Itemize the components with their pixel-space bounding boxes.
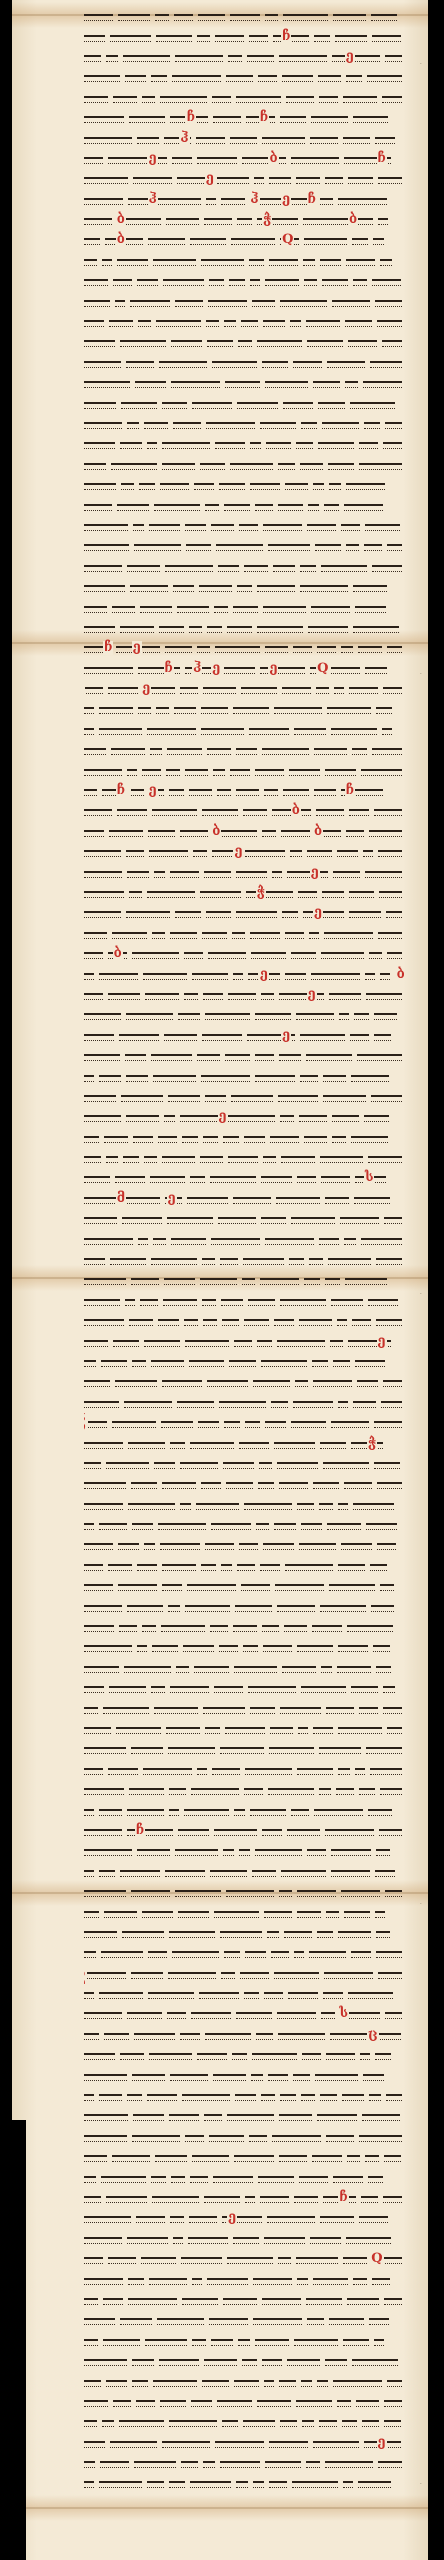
script-word <box>168 1095 200 1102</box>
script-word <box>84 2196 101 2203</box>
script-word <box>84 1911 99 1918</box>
script-word <box>84 35 105 42</box>
script-word <box>201 707 228 714</box>
script-word <box>341 1890 380 1897</box>
manuscript-line <box>84 1902 404 1922</box>
script-word <box>147 442 157 449</box>
script-word <box>144 422 168 429</box>
script-word <box>285 1564 333 1571</box>
script-word <box>359 2135 402 2142</box>
script-word <box>374 809 402 816</box>
manuscript-line <box>84 1291 404 1311</box>
script-word <box>374 1421 402 1428</box>
script-word <box>376 1951 402 1958</box>
script-word <box>84 2155 107 2162</box>
manuscript-line <box>84 2351 404 2371</box>
script-word <box>280 1299 326 1306</box>
script-word <box>137 137 159 144</box>
script-word <box>297 1911 321 1918</box>
script-word <box>147 2481 164 2488</box>
manuscript-line: ჩე <box>84 638 404 658</box>
script-word <box>224 504 250 511</box>
script-word <box>332 1136 346 1143</box>
script-word <box>279 1054 301 1061</box>
red-rubric-initial: ჰ <box>249 193 259 207</box>
script-word <box>382 96 402 103</box>
script-word <box>132 1360 146 1367</box>
red-rubric-initial: ბ <box>268 152 278 166</box>
script-word <box>175 300 203 307</box>
red-rubric-initial: ჰ <box>192 662 202 676</box>
script-word <box>228 55 242 62</box>
script-word <box>126 850 144 857</box>
script-word <box>375 1870 395 1877</box>
script-word <box>161 1625 205 1632</box>
script-word <box>262 748 309 755</box>
script-word <box>297 1890 336 1897</box>
script-word <box>255 1075 295 1082</box>
script-word <box>244 1992 259 1999</box>
script-word <box>180 1462 218 1469</box>
script-word <box>273 565 295 572</box>
manuscript-line <box>84 740 404 760</box>
script-word <box>375 137 395 144</box>
script-word <box>136 2400 155 2407</box>
script-word <box>137 1849 170 1856</box>
script-word <box>134 2461 176 2468</box>
script-word <box>301 2380 312 2387</box>
script-word <box>376 1666 391 1673</box>
script-word <box>84 340 115 347</box>
script-word <box>84 1217 117 1224</box>
manuscript-line <box>84 2473 404 2493</box>
script-word <box>280 1707 321 1714</box>
script-word <box>245 1768 292 1775</box>
script-word <box>84 218 112 225</box>
margin-mark: · <box>420 2480 422 2488</box>
script-word <box>375 1911 385 1918</box>
script-word <box>184 993 198 1000</box>
script-word <box>170 116 185 123</box>
script-word <box>269 177 291 184</box>
manuscript-line: ბჭბ <box>84 210 404 230</box>
script-word <box>245 1421 260 1428</box>
manuscript-line <box>84 434 404 454</box>
script-word <box>217 177 249 184</box>
script-word <box>292 2481 338 2488</box>
script-word <box>260 2196 289 2203</box>
script-word <box>311 973 360 980</box>
script-word <box>217 2400 252 2407</box>
script-word <box>301 1686 346 1693</box>
script-word <box>103 1707 149 1714</box>
script-word <box>291 1421 326 1428</box>
script-word <box>101 2176 146 2183</box>
script-word <box>84 830 104 837</box>
script-word <box>178 1013 200 1020</box>
script-word <box>317 2380 328 2387</box>
script-word <box>358 646 382 653</box>
script-word <box>84 1360 96 1367</box>
manuscript-line <box>84 1372 404 1392</box>
script-word <box>211 2339 233 2346</box>
script-word <box>306 2298 342 2305</box>
script-word <box>239 524 258 531</box>
script-word <box>352 1319 371 1326</box>
script-word <box>377 320 402 327</box>
script-word <box>329 483 341 490</box>
script-word <box>365 667 387 674</box>
script-word <box>170 2216 184 2223</box>
script-word <box>362 2420 379 2427</box>
manuscript-line: ჭ <box>84 1433 404 1453</box>
script-word <box>227 2114 274 2121</box>
script-word <box>205 1727 220 1734</box>
script-word <box>205 504 219 511</box>
script-word <box>84 402 116 409</box>
script-word <box>223 1136 239 1143</box>
script-word <box>99 707 133 714</box>
manuscript-line <box>84 760 404 780</box>
script-word <box>351 1136 388 1143</box>
script-word <box>252 300 275 307</box>
script-word <box>368 1299 398 1306</box>
script-word <box>185 769 208 776</box>
script-word <box>144 1543 155 1550</box>
script-word <box>106 55 118 62</box>
manuscript-line: ც <box>84 1964 404 1984</box>
script-word <box>180 1115 221 1122</box>
script-word <box>243 809 267 816</box>
script-word <box>84 952 103 959</box>
script-word <box>343 137 370 144</box>
script-word <box>175 55 223 62</box>
script-word <box>277 1340 325 1347</box>
red-rubric-initial: ჰ <box>84 682 85 696</box>
script-word <box>361 1238 402 1245</box>
red-rubric-initial: ე <box>141 682 151 696</box>
manuscript-line: ჩ <box>84 2188 404 2208</box>
script-word <box>215 35 244 42</box>
script-word <box>244 1319 269 1326</box>
script-word <box>170 1686 209 1693</box>
script-word <box>338 1931 371 1938</box>
script-word <box>84 2441 105 2448</box>
script-word <box>290 850 302 857</box>
script-word <box>163 279 204 286</box>
script-word <box>147 891 195 898</box>
script-word <box>162 402 187 409</box>
script-word <box>155 2155 187 2162</box>
script-word <box>343 2257 367 2264</box>
script-word <box>160 483 189 490</box>
script-word <box>189 1360 224 1367</box>
script-word <box>160 1543 200 1550</box>
script-word <box>160 2400 186 2407</box>
red-rubric-initial: ბ <box>113 947 123 961</box>
script-word <box>371 14 397 21</box>
red-rubric-initial: ბ <box>211 825 221 839</box>
script-word <box>341 524 360 531</box>
script-word <box>133 524 144 531</box>
script-word <box>248 973 258 980</box>
script-word <box>205 1095 226 1102</box>
manuscript-line: ჩჰეეQ <box>84 659 404 679</box>
script-word <box>302 2053 321 2060</box>
script-word <box>211 1523 251 1530</box>
script-word <box>372 279 401 286</box>
script-word <box>364 544 382 551</box>
script-word <box>317 646 336 653</box>
script-word <box>380 973 390 980</box>
script-word <box>310 137 338 144</box>
script-word <box>143 973 187 980</box>
script-word <box>369 830 402 837</box>
script-word <box>214 606 228 613</box>
script-word <box>281 830 310 837</box>
script-word <box>167 2012 186 2019</box>
script-word <box>200 1156 223 1163</box>
script-word <box>331 1421 369 1428</box>
manuscript-line <box>84 1250 404 1270</box>
script-word <box>162 1156 195 1163</box>
manuscript-line: მე <box>84 1189 404 1209</box>
manuscript-line <box>84 1882 404 1902</box>
script-word <box>222 1319 239 1326</box>
script-word <box>84 2400 108 2407</box>
manuscript-line <box>84 924 404 944</box>
script-word <box>84 2380 101 2387</box>
script-word <box>233 1197 271 1204</box>
manuscript-line <box>84 1617 404 1637</box>
script-word <box>172 157 192 164</box>
manuscript-line: ბ <box>84 801 404 821</box>
manuscript-line <box>84 1148 404 1168</box>
script-word <box>338 1503 348 1510</box>
script-word <box>319 1238 339 1245</box>
script-word <box>182 2094 230 2101</box>
script-word <box>203 993 223 1000</box>
script-word <box>263 1543 294 1550</box>
script-word <box>345 1278 387 1285</box>
script-word <box>293 646 312 653</box>
script-word <box>206 911 231 918</box>
script-word <box>368 2176 383 2183</box>
script-word <box>372 565 402 572</box>
script-word <box>220 2461 260 2468</box>
script-word <box>233 973 243 980</box>
script-word <box>337 1666 371 1673</box>
script-word <box>253 2278 292 2285</box>
script-word <box>294 2339 338 2346</box>
script-word <box>84 585 125 592</box>
script-word <box>269 1747 314 1754</box>
script-word <box>181 2257 222 2264</box>
script-word <box>84 2278 123 2285</box>
script-word <box>131 1747 163 1754</box>
script-word <box>264 789 278 796</box>
script-word <box>234 1340 252 1347</box>
script-word <box>314 748 347 755</box>
manuscript-line <box>84 2310 404 2330</box>
script-word <box>126 911 170 918</box>
script-word <box>203 2461 215 2468</box>
script-word <box>229 279 245 286</box>
script-word <box>309 1258 323 1265</box>
script-word <box>84 2094 94 2101</box>
script-word <box>177 606 209 613</box>
script-word <box>341 1543 372 1550</box>
script-word <box>286 96 314 103</box>
script-word <box>304 1136 327 1143</box>
red-rubric-initial: ე <box>259 968 269 982</box>
script-word <box>270 1727 293 1734</box>
script-word <box>197 35 210 42</box>
manuscript-line <box>84 251 404 271</box>
script-word <box>150 748 162 755</box>
script-word <box>316 687 329 694</box>
script-word <box>235 2094 256 2101</box>
red-rubric-initial: ჭ <box>367 1437 377 1451</box>
manuscript-line: ე <box>84 1107 404 1127</box>
red-rubric-initial: მ <box>116 1192 126 1206</box>
script-word <box>370 361 402 368</box>
script-word <box>218 565 239 572</box>
script-word <box>84 2114 128 2121</box>
script-word <box>264 2380 274 2387</box>
script-word <box>382 728 392 735</box>
script-word <box>343 2481 353 2488</box>
script-word <box>299 1543 336 1550</box>
script-word <box>184 952 203 959</box>
script-word <box>215 442 245 449</box>
script-word <box>325 2461 373 2468</box>
script-word <box>236 2012 272 2019</box>
script-word <box>220 1931 262 1938</box>
script-word <box>300 565 316 572</box>
script-word <box>202 809 238 816</box>
manuscript-line: ჰ <box>84 1413 404 1433</box>
script-word <box>152 932 165 939</box>
script-word <box>346 2237 391 2244</box>
script-word <box>203 1319 217 1326</box>
script-word <box>84 606 107 613</box>
script-word <box>165 646 192 653</box>
script-word <box>209 2318 248 2325</box>
script-word <box>301 422 317 429</box>
script-word <box>361 2196 378 2203</box>
script-word <box>355 606 386 613</box>
script-word <box>155 14 169 21</box>
script-word <box>136 2216 165 2223</box>
script-word <box>171 340 202 347</box>
script-word <box>242 157 286 164</box>
red-rubric-initial: ე <box>148 784 158 798</box>
script-word <box>378 2461 402 2468</box>
script-word <box>369 952 382 959</box>
script-word <box>126 1013 173 1020</box>
script-word <box>212 361 257 368</box>
script-word <box>385 422 402 429</box>
script-word <box>340 1217 379 1224</box>
script-word <box>129 891 142 898</box>
script-word <box>173 585 194 592</box>
red-rubric-initial: ე <box>313 906 323 920</box>
script-word <box>191 1788 239 1795</box>
script-word <box>317 1931 333 1938</box>
script-word <box>332 300 370 307</box>
script-word <box>257 585 295 592</box>
red-rubric-initial: ე <box>268 662 278 676</box>
script-word <box>84 1442 123 1449</box>
script-word <box>110 1258 146 1265</box>
script-word <box>108 2257 136 2264</box>
script-word <box>228 1156 258 1163</box>
script-word <box>187 1584 236 1591</box>
script-word <box>121 402 157 409</box>
script-word <box>192 2339 206 2346</box>
script-word <box>369 2318 389 2325</box>
script-word <box>255 504 273 511</box>
manuscript-line <box>84 455 404 475</box>
manuscript-line <box>84 414 404 434</box>
script-word <box>366 1747 402 1754</box>
script-word <box>191 2012 231 2019</box>
script-word <box>242 2359 257 2366</box>
script-word <box>313 1482 339 1489</box>
script-word <box>99 1992 143 1999</box>
script-word <box>364 422 380 429</box>
manuscript-line <box>84 1637 404 1657</box>
script-word <box>260 1564 280 1571</box>
script-word <box>253 2318 302 2325</box>
manuscript-line: ჰჰეჩ <box>84 190 404 210</box>
script-word <box>263 1645 292 1652</box>
script-word <box>309 1951 346 1958</box>
script-word <box>147 728 196 735</box>
script-word <box>84 96 108 103</box>
script-word <box>164 1115 175 1122</box>
script-word <box>200 891 241 898</box>
script-word <box>142 769 161 776</box>
script-word <box>202 2380 229 2387</box>
script-word <box>278 2033 325 2040</box>
script-word <box>387 952 402 959</box>
script-word <box>131 1972 163 1979</box>
script-word <box>275 1584 324 1591</box>
script-word <box>84 1931 117 1938</box>
red-rubric-initial: ჩ <box>259 111 269 125</box>
script-word <box>291 157 339 164</box>
script-word <box>307 1849 326 1856</box>
script-word <box>385 55 402 62</box>
script-word <box>233 707 269 714</box>
script-word <box>132 2359 154 2366</box>
manuscript-line <box>84 1229 404 1249</box>
script-word <box>241 1584 270 1591</box>
script-word <box>99 973 138 980</box>
script-word <box>157 2318 204 2325</box>
script-word <box>170 1442 185 1449</box>
script-word <box>354 1197 390 1204</box>
script-word <box>266 442 291 449</box>
red-rubric-initial: ჭ <box>262 213 272 227</box>
script-word <box>120 442 142 449</box>
manuscript-line <box>84 597 404 617</box>
script-word <box>329 1584 375 1591</box>
script-word <box>139 483 155 490</box>
script-word <box>169 1809 179 1816</box>
